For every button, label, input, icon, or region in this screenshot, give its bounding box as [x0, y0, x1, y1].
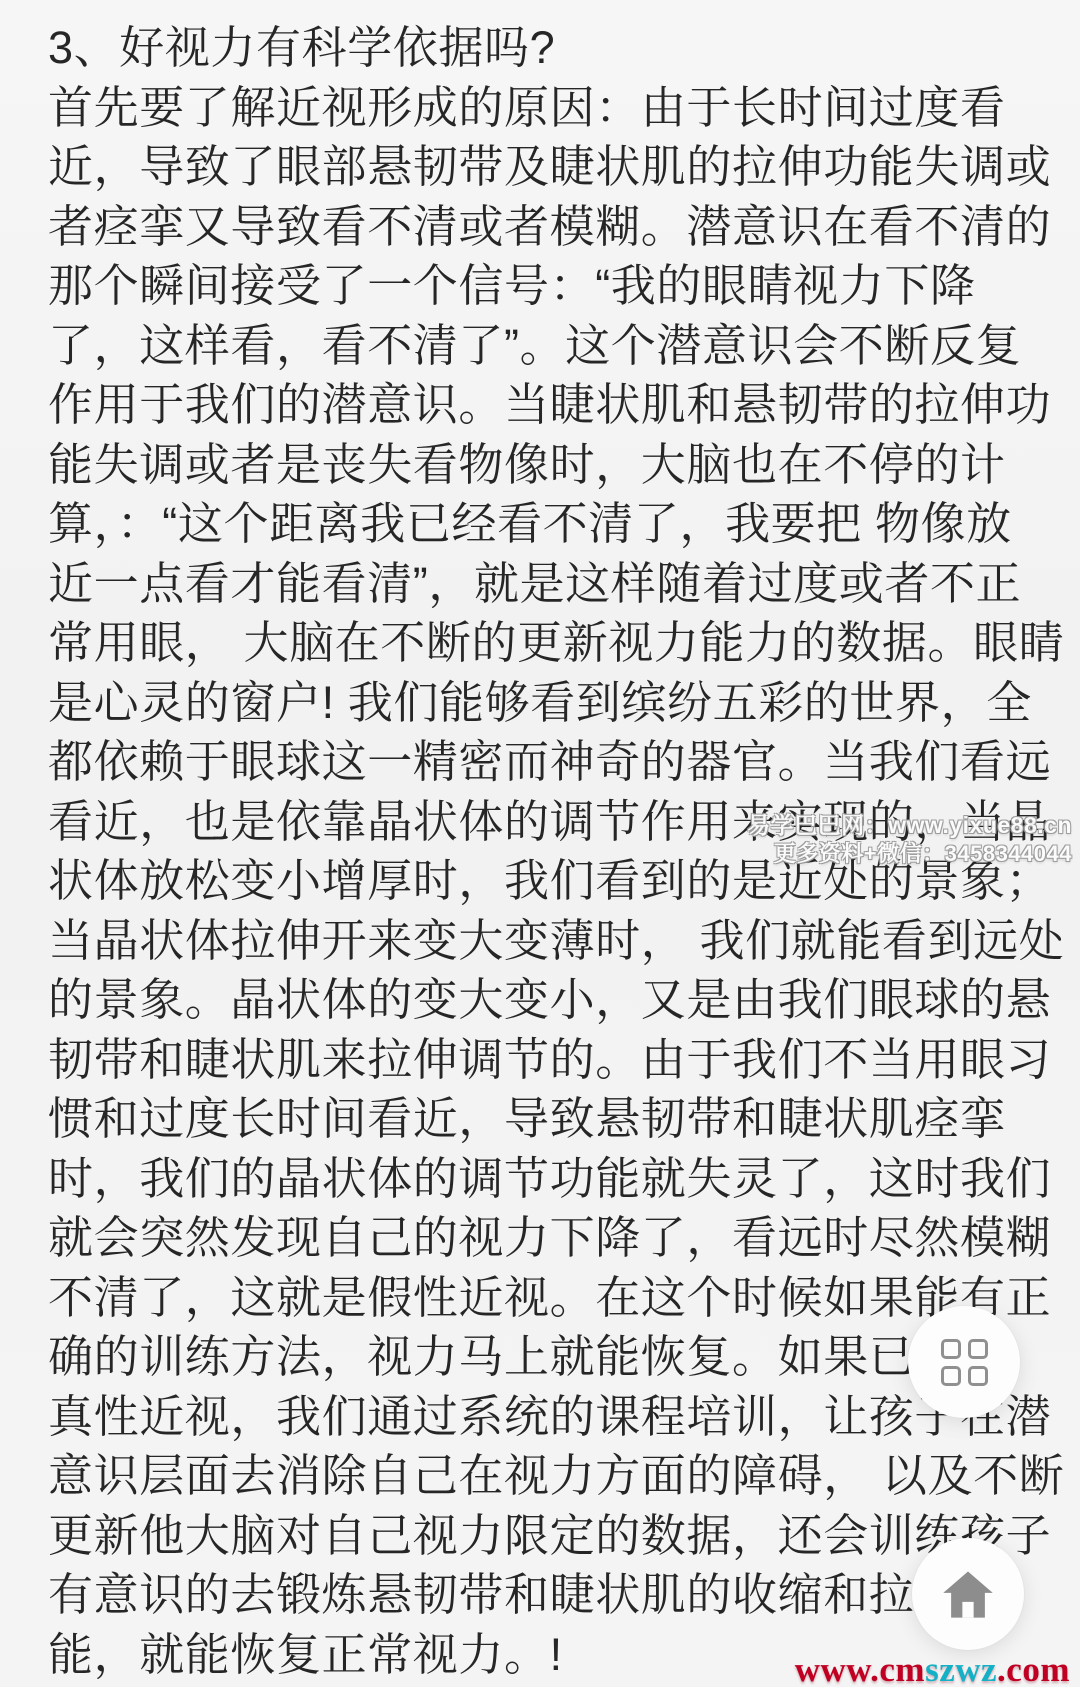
text-line: 近一点看才能看清”，就是这样随着过度或者不正	[48, 554, 1053, 614]
watermark-wechat-line: 更多资料+微信：3458344044	[747, 840, 1072, 868]
text-line: 不清了，这就是假性近视。在这个时候如果能有正	[48, 1268, 1053, 1328]
site-url-part: .com	[997, 1650, 1070, 1687]
text-line: 者痉挛又导致看不清或者模糊。潜意识在看不清的	[48, 197, 1053, 257]
text-line: 都依赖于眼球这一精密而神奇的器官。当我们看远	[48, 732, 1053, 792]
text-line: 首先要了解近视形成的原因：由于长时间过度看	[48, 78, 1053, 138]
text-line: 常用眼， 大脑在不断的更新视力能力的数据。眼睛	[48, 613, 1053, 673]
text-line: 的景象。晶状体的变大变小，又是由我们眼球的悬	[48, 970, 1053, 1030]
text-line: 就会突然发现自己的视力下降了，看远时尽然模糊	[48, 1208, 1053, 1268]
article-page: 3、好视力有科学依据吗?首先要了解近视形成的原因：由于长时间过度看近，导致了眼部…	[0, 0, 1080, 1687]
grid-icon-cell	[941, 1366, 961, 1386]
text-line: 真性近视，我们通过系统的课程培训，让孩子在潜	[48, 1387, 1053, 1447]
text-line: 近，导致了眼部悬韧带及睫状肌的拉伸功能失调或	[48, 137, 1053, 197]
home-button[interactable]	[912, 1538, 1024, 1650]
apps-menu-button[interactable]	[908, 1306, 1020, 1418]
site-url-part: szwz	[925, 1650, 997, 1687]
text-line: 惯和过度长时间看近，导致悬韧带和睫状肌痉挛	[48, 1089, 1053, 1149]
text-line: 意识层面去消除自己在视力方面的障碍， 以及不断	[48, 1446, 1053, 1506]
text-line: 韧带和睫状肌来拉伸调节的。由于我们不当用眼习	[48, 1030, 1053, 1090]
home-icon	[941, 1567, 995, 1621]
grid-icon-cell	[941, 1339, 961, 1359]
grid-icon-cell	[968, 1339, 988, 1359]
text-line: 当晶状体拉伸开来变大变薄时， 我们就能看到远处	[48, 911, 1053, 971]
text-line: 3、好视力有科学依据吗?	[48, 18, 1053, 78]
text-line: 作用于我们的潜意识。当睫状肌和悬韧带的拉伸功	[48, 375, 1053, 435]
text-line: 确的训练方法，视力马上就能恢复。如果已经	[48, 1327, 1053, 1387]
grid-icon	[941, 1339, 988, 1386]
text-line: 有意识的去锻炼悬韧带和睫状肌的收缩和拉伸	[48, 1565, 1053, 1625]
text-line: 是心灵的窗户! 我们能够看到缤纷五彩的世界，全	[48, 673, 1053, 733]
text-line: 更新他大脑对自己视力限定的数据，还会训练孩子	[48, 1506, 1053, 1566]
site-url-part: www.cm	[795, 1650, 925, 1687]
text-line: 算，：“这个距离我已经看不清了，我要把 物像放	[48, 494, 1053, 554]
text-line: 了，这样看，看不清了”。这个潜意识会不断反复	[48, 316, 1053, 376]
watermark: 易学巴巴网：www.yixue88.cn 更多资料+微信：3458344044	[747, 811, 1072, 868]
watermark-site-line: 易学巴巴网：www.yixue88.cn	[747, 811, 1072, 840]
text-line: 那个瞬间接受了一个信号：“我的眼睛视力下降	[48, 256, 1053, 316]
site-url: www.cmszwz.com	[795, 1650, 1070, 1687]
text-line: 时，我们的晶状体的调节功能就失灵了，这时我们	[48, 1149, 1053, 1209]
grid-icon-cell	[968, 1366, 988, 1386]
text-line: 能失调或者是丧失看物像时，大脑也在不停的计	[48, 435, 1053, 495]
